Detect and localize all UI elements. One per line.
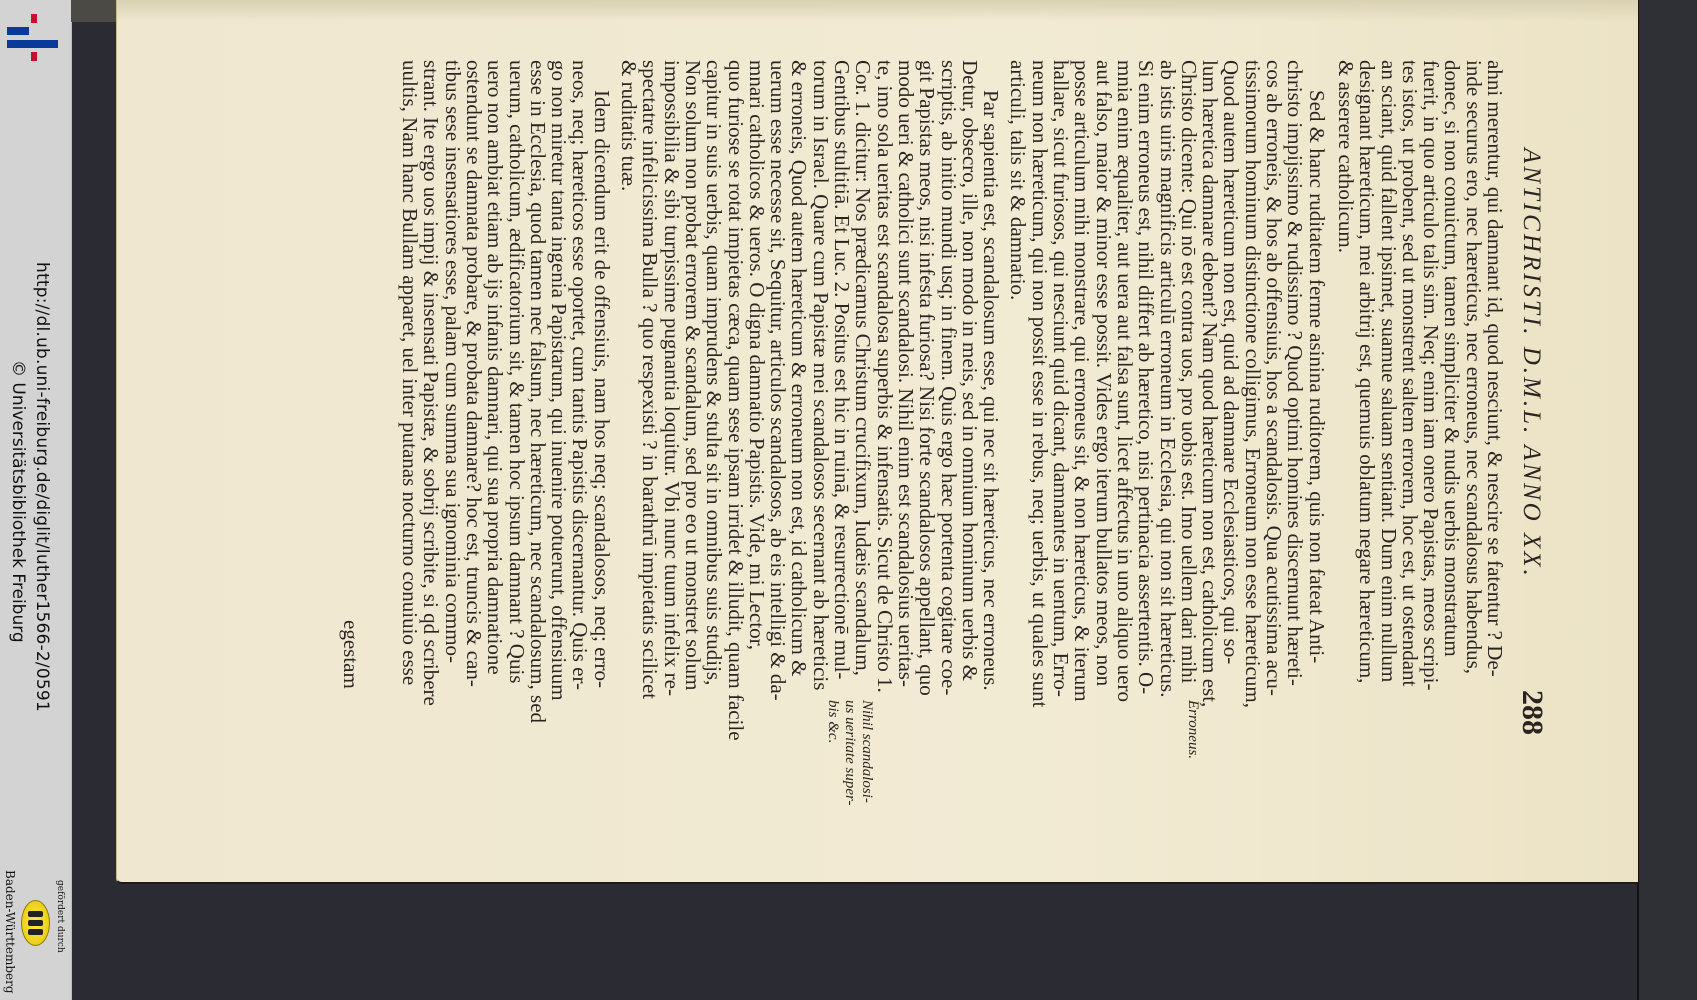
- logo-red-mark: [31, 14, 37, 23]
- text-line: tissimorum hominum distinctione colligim…: [1242, 60, 1263, 708]
- text-line: an sciant, quid fallent ipsimet, suamue …: [1378, 60, 1399, 682]
- text-line: donec, si non conuictum, tamen simplicit…: [1441, 60, 1462, 657]
- text-line: aut falso, maior & minor esse possit. Vi…: [1093, 60, 1114, 686]
- funder-name: Baden-Württemberg: [3, 870, 17, 994]
- text-line: neum non hæreticum, qui non possit esse …: [1029, 60, 1050, 707]
- text-line: modo ueri & catholici sunt scandalosi. N…: [895, 60, 916, 687]
- text-line: & asserere catholicum.: [1335, 60, 1356, 253]
- text-line: hallare, sicut furiosos, qui nesciunt qu…: [1050, 60, 1071, 697]
- text-line: & ruditatis tuæ.: [618, 60, 639, 191]
- text-line: uerum esse necesse sit, Sequitur, articu…: [767, 60, 788, 701]
- text-line: git Papistas meos, nisi infesta furiosa?…: [916, 60, 937, 696]
- text-line: tes istos, ut probent, sed ut monstrent …: [1399, 60, 1420, 686]
- text-line: Quod autem hæreticum non est, quid ad da…: [1220, 60, 1241, 664]
- text-line: uerum, catholicum, ædificatorium sit, & …: [506, 60, 527, 683]
- text-line: mnari catholicos & ueros. O digna damnat…: [746, 60, 767, 650]
- text-line: uultis, Nam hanc Bullam apparet, uel int…: [399, 60, 420, 685]
- text-line: spectatre infelicissima Bulla ? quo resp…: [639, 60, 660, 699]
- text-line: Detur, obsecro, ille, non modo in meis, …: [959, 60, 980, 681]
- text-line: Non solum non probat errorem & scandalum…: [682, 60, 703, 690]
- logo-blue-bar-short: [7, 27, 29, 35]
- text-line: Si enim erroneus est, nihil differt ab h…: [1135, 60, 1156, 694]
- page-number: 288: [1517, 690, 1547, 735]
- text-line: Sed & hanc ruditatem ferme asinina rudit…: [1306, 90, 1327, 663]
- text-line: articuli, talis sit & damnatio.: [1007, 60, 1028, 300]
- text-line: neos, neq; hæreticos esse oportet, cum t…: [569, 60, 590, 690]
- funded-by-label: gefördert durch: [55, 880, 65, 953]
- text-line: ab istis uiris magnificis articulū erron…: [1157, 60, 1178, 697]
- text-line: Par sapientia est, scandalosum esse, qui…: [980, 90, 1001, 691]
- text-line: impossibilia & sibi turpissime pugnantia…: [661, 60, 682, 696]
- margin-note: Nihil scandalosi-: [859, 700, 874, 803]
- text-line: mnia enim æqualiter, aut uera aut falsa …: [1114, 60, 1135, 702]
- scanned-page: ANTICHRISTI. D.M.L. ANNO XX. 288 Erroneu…: [116, 0, 1638, 884]
- text-line: posse articulum mihi monstrare, qui erro…: [1071, 60, 1092, 702]
- logo-red-mark: [31, 52, 37, 61]
- text-line: Cor. 1. dicitur: Nos prædicamus Christum…: [852, 60, 873, 676]
- text-line: Gentibus stultitiā. Et Luc. 2. Positus e…: [831, 60, 852, 679]
- book-cover-edge: [1637, 0, 1697, 1000]
- text-line: & erroneis, Quod autem hæreticum & erron…: [788, 60, 809, 676]
- text-line: inde securus ero, nec hæreticus, nec err…: [1463, 60, 1484, 674]
- text-line: te, imo sola ueritas est scandalosa supe…: [874, 60, 895, 693]
- library-sidebar: http://dl.ub.uni-freiburg.de/diglit/luth…: [0, 0, 72, 1000]
- text-line: lum hæretica damnare debent? Nam quod hæ…: [1199, 60, 1220, 707]
- text-line: quo furiose se rotat impietas cæca, quam…: [725, 60, 746, 741]
- text-line: esse in Ecclesia, quod tamen nec falsum,…: [527, 60, 548, 723]
- text-line: christo impijssimo & rudissimo ? Quod op…: [1284, 60, 1305, 686]
- text-line: go non miretur tanta ingenia Papistarum,…: [548, 60, 569, 701]
- logo-blue-bar-long: [7, 40, 58, 48]
- text-line: ahni merentur, qui damnant id, quod nesc…: [1484, 60, 1505, 677]
- margin-note: bis &c.: [825, 700, 840, 743]
- text-line: capitur in suis uerbis, quam imprudens &…: [703, 60, 724, 685]
- text-line: uero non ambiat etiam ab ijs infanis dam…: [484, 60, 505, 675]
- text-line: scriptis, ab initio mundi usq; in finem.…: [938, 60, 959, 695]
- text-line: cos ab erroneis, & hos ab offensiuis, ho…: [1263, 60, 1284, 696]
- text-line: Christo dicente: Qui nō est contra uos, …: [1178, 60, 1199, 683]
- text-line: ostendunt se damnata probare, & probata …: [463, 60, 484, 687]
- permalink-url[interactable]: http://dl.ub.uni-freiburg.de/diglit/luth…: [32, 262, 52, 712]
- copyright-notice: © Universitätsbibliothek Freiburg: [8, 360, 28, 643]
- catchword: egestam: [340, 620, 361, 689]
- running-header: ANTICHRISTI. D.M.L. ANNO XX.: [1519, 148, 1544, 579]
- text-line: strant. Ite ergo uos impij & insensati P…: [420, 60, 441, 706]
- text-line: Idem dicendum erit de offensiuis, nam ho…: [591, 90, 612, 688]
- margin-note: us ueritate super-: [842, 700, 857, 806]
- library-logo[interactable]: [7, 12, 61, 64]
- text-line: designant hæreticum, mei arbitrij est, q…: [1356, 60, 1377, 683]
- text-line: tibus sese insensatiores esse, palam cum…: [442, 60, 463, 663]
- text-line: fuerit, in quo articulo talis sim. Neq; …: [1420, 60, 1441, 690]
- text-line: torum in Israel. Quare cum Papistæ mei s…: [810, 60, 831, 690]
- baden-wuerttemberg-crest-icon: [21, 900, 50, 946]
- margin-note: Erroneus.: [1185, 700, 1200, 759]
